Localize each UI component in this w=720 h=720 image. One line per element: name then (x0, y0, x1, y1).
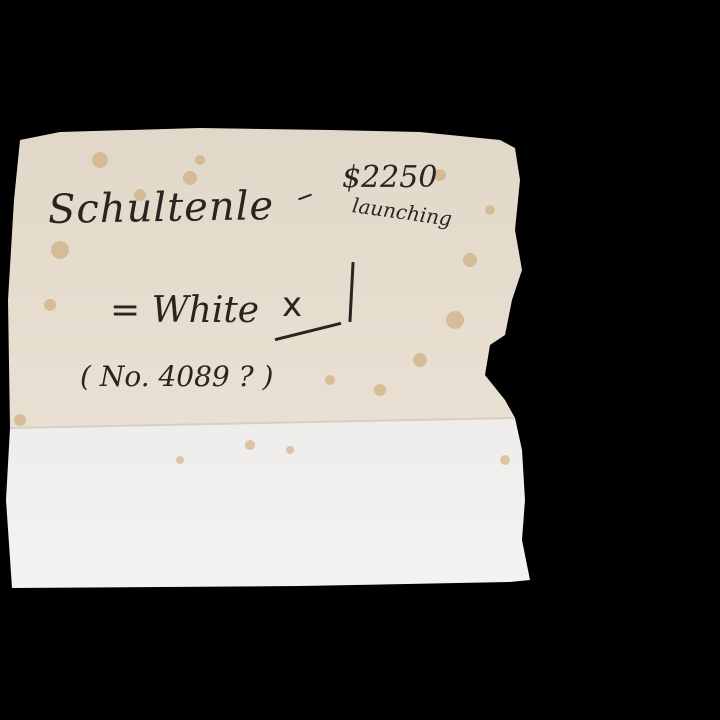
x-mark: x (282, 285, 302, 325)
note-word-schultenle: Schultenle (48, 183, 275, 233)
note-line-white: = White (110, 290, 259, 331)
note-number: ( No. 4089 ? ) (80, 360, 273, 393)
equals-sign: = (110, 290, 140, 331)
paper-lower-section (6, 418, 530, 588)
word-white: White (152, 290, 259, 331)
note-price: $2250 (342, 160, 437, 195)
